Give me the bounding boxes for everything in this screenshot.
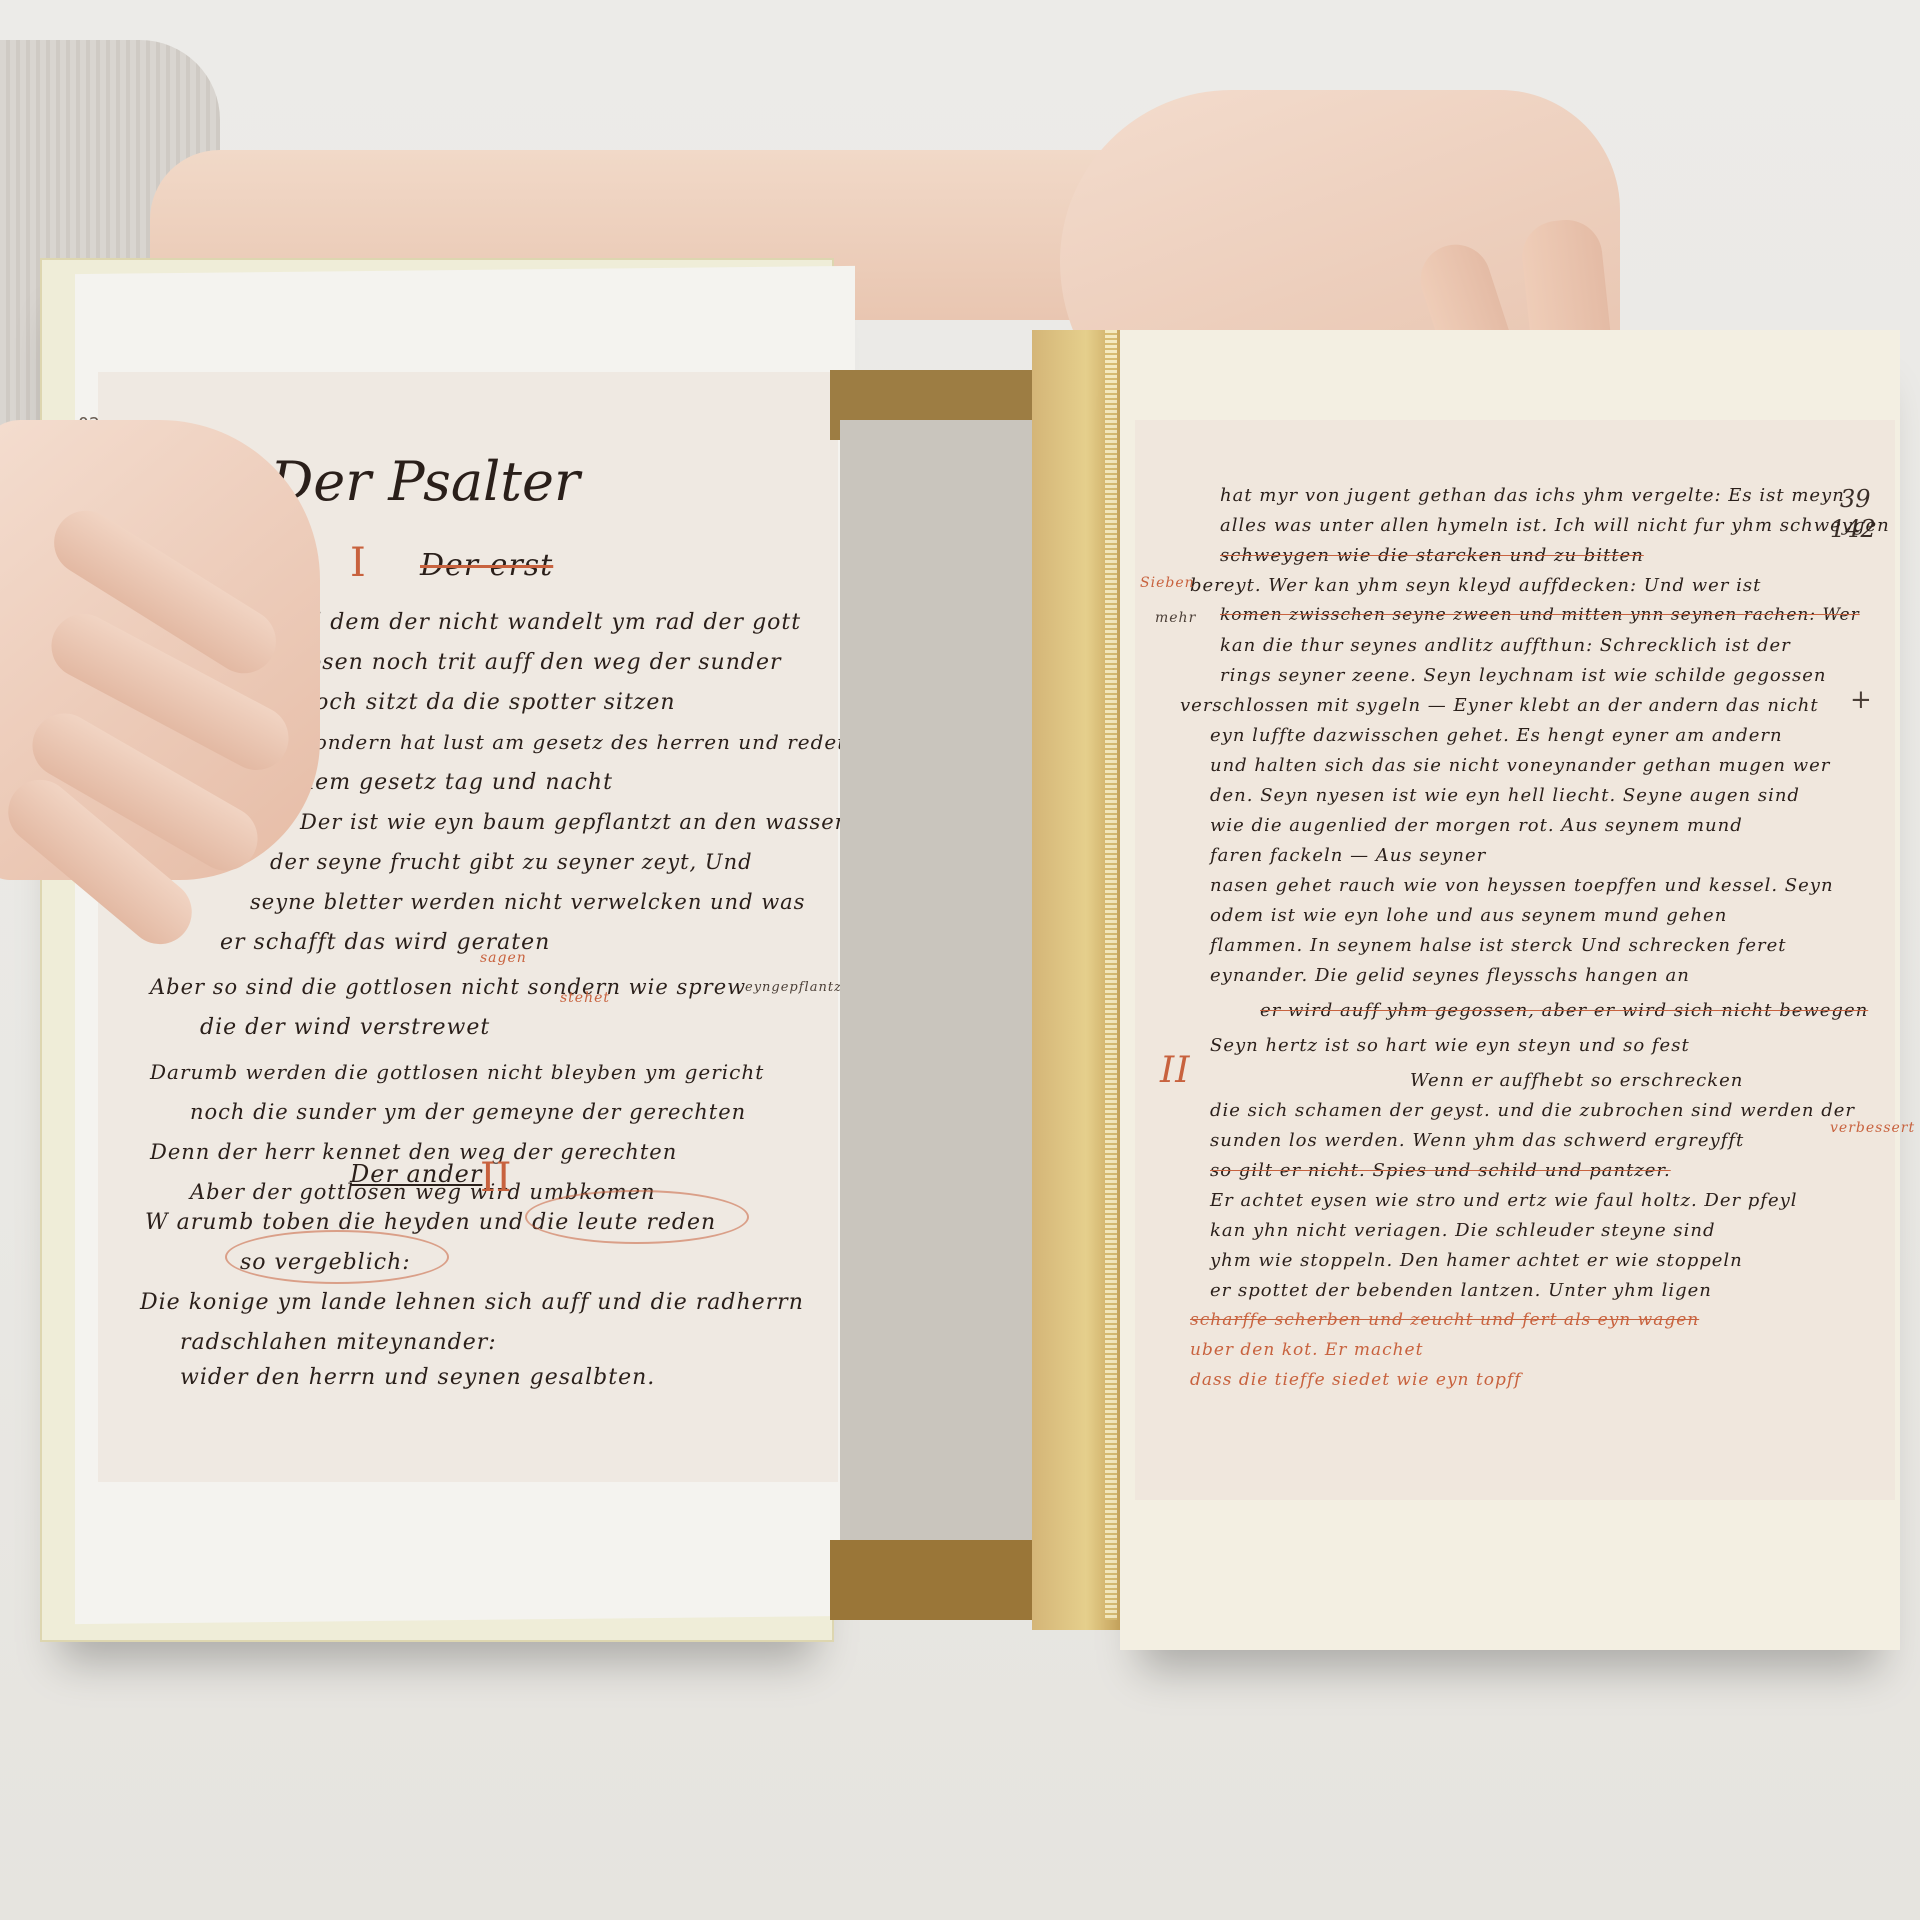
margin-note: mehr (1155, 610, 1196, 626)
manuscript-line: scharffe scherben und zeucht und fert al… (1190, 1310, 1699, 1330)
manuscript-line: flammen. In seynem halse ist sterck Und … (1210, 935, 1787, 956)
manuscript-line: verschlossen mit sygeln — Eyner klebt an… (1180, 695, 1819, 716)
manuscript-line: die der wind verstrewet (200, 1015, 490, 1040)
red-circled-annotation (225, 1230, 449, 1284)
manuscript-line: nem gesetz tag und nacht (300, 770, 613, 795)
gutter-board (840, 420, 1060, 1540)
section-heading-1: Der erst (420, 548, 553, 583)
section-numeral-1: I (350, 540, 366, 586)
margin-section-mark: II (1160, 1050, 1190, 1091)
manuscript-line: radschlahen miteynander: (180, 1330, 497, 1355)
manuscript-line: hat myr von jugent gethan das ichs yhm v… (1220, 485, 1845, 506)
manuscript-line: kan yhn nicht veriagen. Die schleuder st… (1210, 1220, 1715, 1241)
manuscript-line: rings seyner zeene. Seyn leychnam ist wi… (1220, 665, 1826, 686)
manuscript-line: uber den kot. Er machet (1190, 1340, 1423, 1360)
spine-stitching (1105, 330, 1117, 1620)
manuscript-line: yhm wie stoppeln. Den hamer achtet er wi… (1210, 1250, 1743, 1271)
manuscript-line: bereyt. Wer kan yhm seyn kleyd auffdecke… (1190, 575, 1761, 596)
manuscript-line: kan die thur seynes andlitz auffthun: Sc… (1220, 635, 1791, 656)
section-numeral-2: II (480, 1155, 512, 1201)
red-circled-annotation (525, 1190, 749, 1244)
margin-note: Sieben (1140, 575, 1195, 591)
manuscript-line: Darumb werden die gottlosen nicht bleybe… (150, 1060, 764, 1084)
manuscript-line: alles was unter allen hymeln ist. Ich wi… (1220, 515, 1890, 536)
manuscript-line: eynander. Die gelid seynes fleysschs han… (1210, 965, 1690, 986)
manuscript-line: Er achtet eysen wie stro und ertz wie fa… (1210, 1190, 1798, 1211)
manuscript-line: er wird auff yhm gegossen, aber er wird … (1260, 1000, 1868, 1021)
margin-cross-mark: + (1850, 685, 1873, 715)
manuscript-line: Seyn hertz ist so hart wie eyn steyn und… (1210, 1035, 1690, 1056)
margin-note: eyngepflantzt (745, 980, 848, 995)
margin-note: verbessert (1830, 1120, 1915, 1136)
manuscript-line: er spottet der bebenden lantzen. Unter y… (1210, 1280, 1712, 1301)
manuscript-line: seyne bletter werden nicht verwelcken un… (250, 890, 805, 914)
margin-note: stehet (560, 990, 610, 1006)
manuscript-line: ol dem der nicht wandelt ym rad der gott (300, 610, 801, 635)
manuscript-line: und halten sich das sie nicht voneynande… (1210, 755, 1830, 776)
manuscript-line: sunden los werden. Wenn yhm das schwerd … (1210, 1130, 1744, 1151)
manuscript-line: Aber so sind die gottlosen nicht sondern… (150, 975, 746, 999)
manuscript-title: Der Psalter (270, 450, 580, 513)
manuscript-line: Der ist wie eyn baum gepflantzt an den w… (300, 810, 860, 834)
manuscript-line: noch sitzt da die spotter sitzen (300, 690, 676, 715)
manuscript-line: Die konige ym lande lehnen sich auff und… (140, 1290, 804, 1315)
gutter-bottom-binding (830, 1540, 1060, 1620)
manuscript-line: die sich schamen der geyst. und die zubr… (1210, 1100, 1855, 1121)
manuscript-line: wider den herrn und seynen gesalbten. (180, 1365, 655, 1390)
manuscript-line: komen zwisschen seyne zween und mitten y… (1220, 605, 1860, 625)
manuscript-line: wie die augenlied der morgen rot. Aus se… (1210, 815, 1743, 836)
manuscript-line: der seyne frucht gibt zu seyner zeyt, Un… (270, 850, 753, 874)
manuscript-line: so gilt er nicht. Spies und schild und p… (1210, 1160, 1671, 1181)
manuscript-line: odem ist wie eyn lohe und aus seynem mun… (1210, 905, 1727, 926)
manuscript-line: den. Seyn nyesen ist wie eyn hell liecht… (1210, 785, 1800, 806)
manuscript-line: nasen gehet rauch wie von heyssen toepff… (1210, 875, 1834, 896)
section-heading-2: Der ander (350, 1160, 482, 1188)
manuscript-line: losen noch trit auff den weg der sunder (300, 650, 782, 675)
manuscript-line: noch die sunder ym der gemeyne der gerec… (190, 1100, 746, 1124)
manuscript-line: eyn luffte dazwisschen gehet. Es hengt e… (1210, 725, 1783, 746)
manuscript-line: faren fackeln — Aus seyner (1210, 845, 1486, 866)
manuscript-line: dass die tieffe siedet wie eyn topff (1190, 1370, 1521, 1390)
manuscript-line: Wenn er auffhebt so erschrecken (1410, 1070, 1743, 1091)
manuscript-line: schweygen wie die starcken und zu bitten (1220, 545, 1644, 566)
margin-note: sagen (480, 950, 527, 966)
